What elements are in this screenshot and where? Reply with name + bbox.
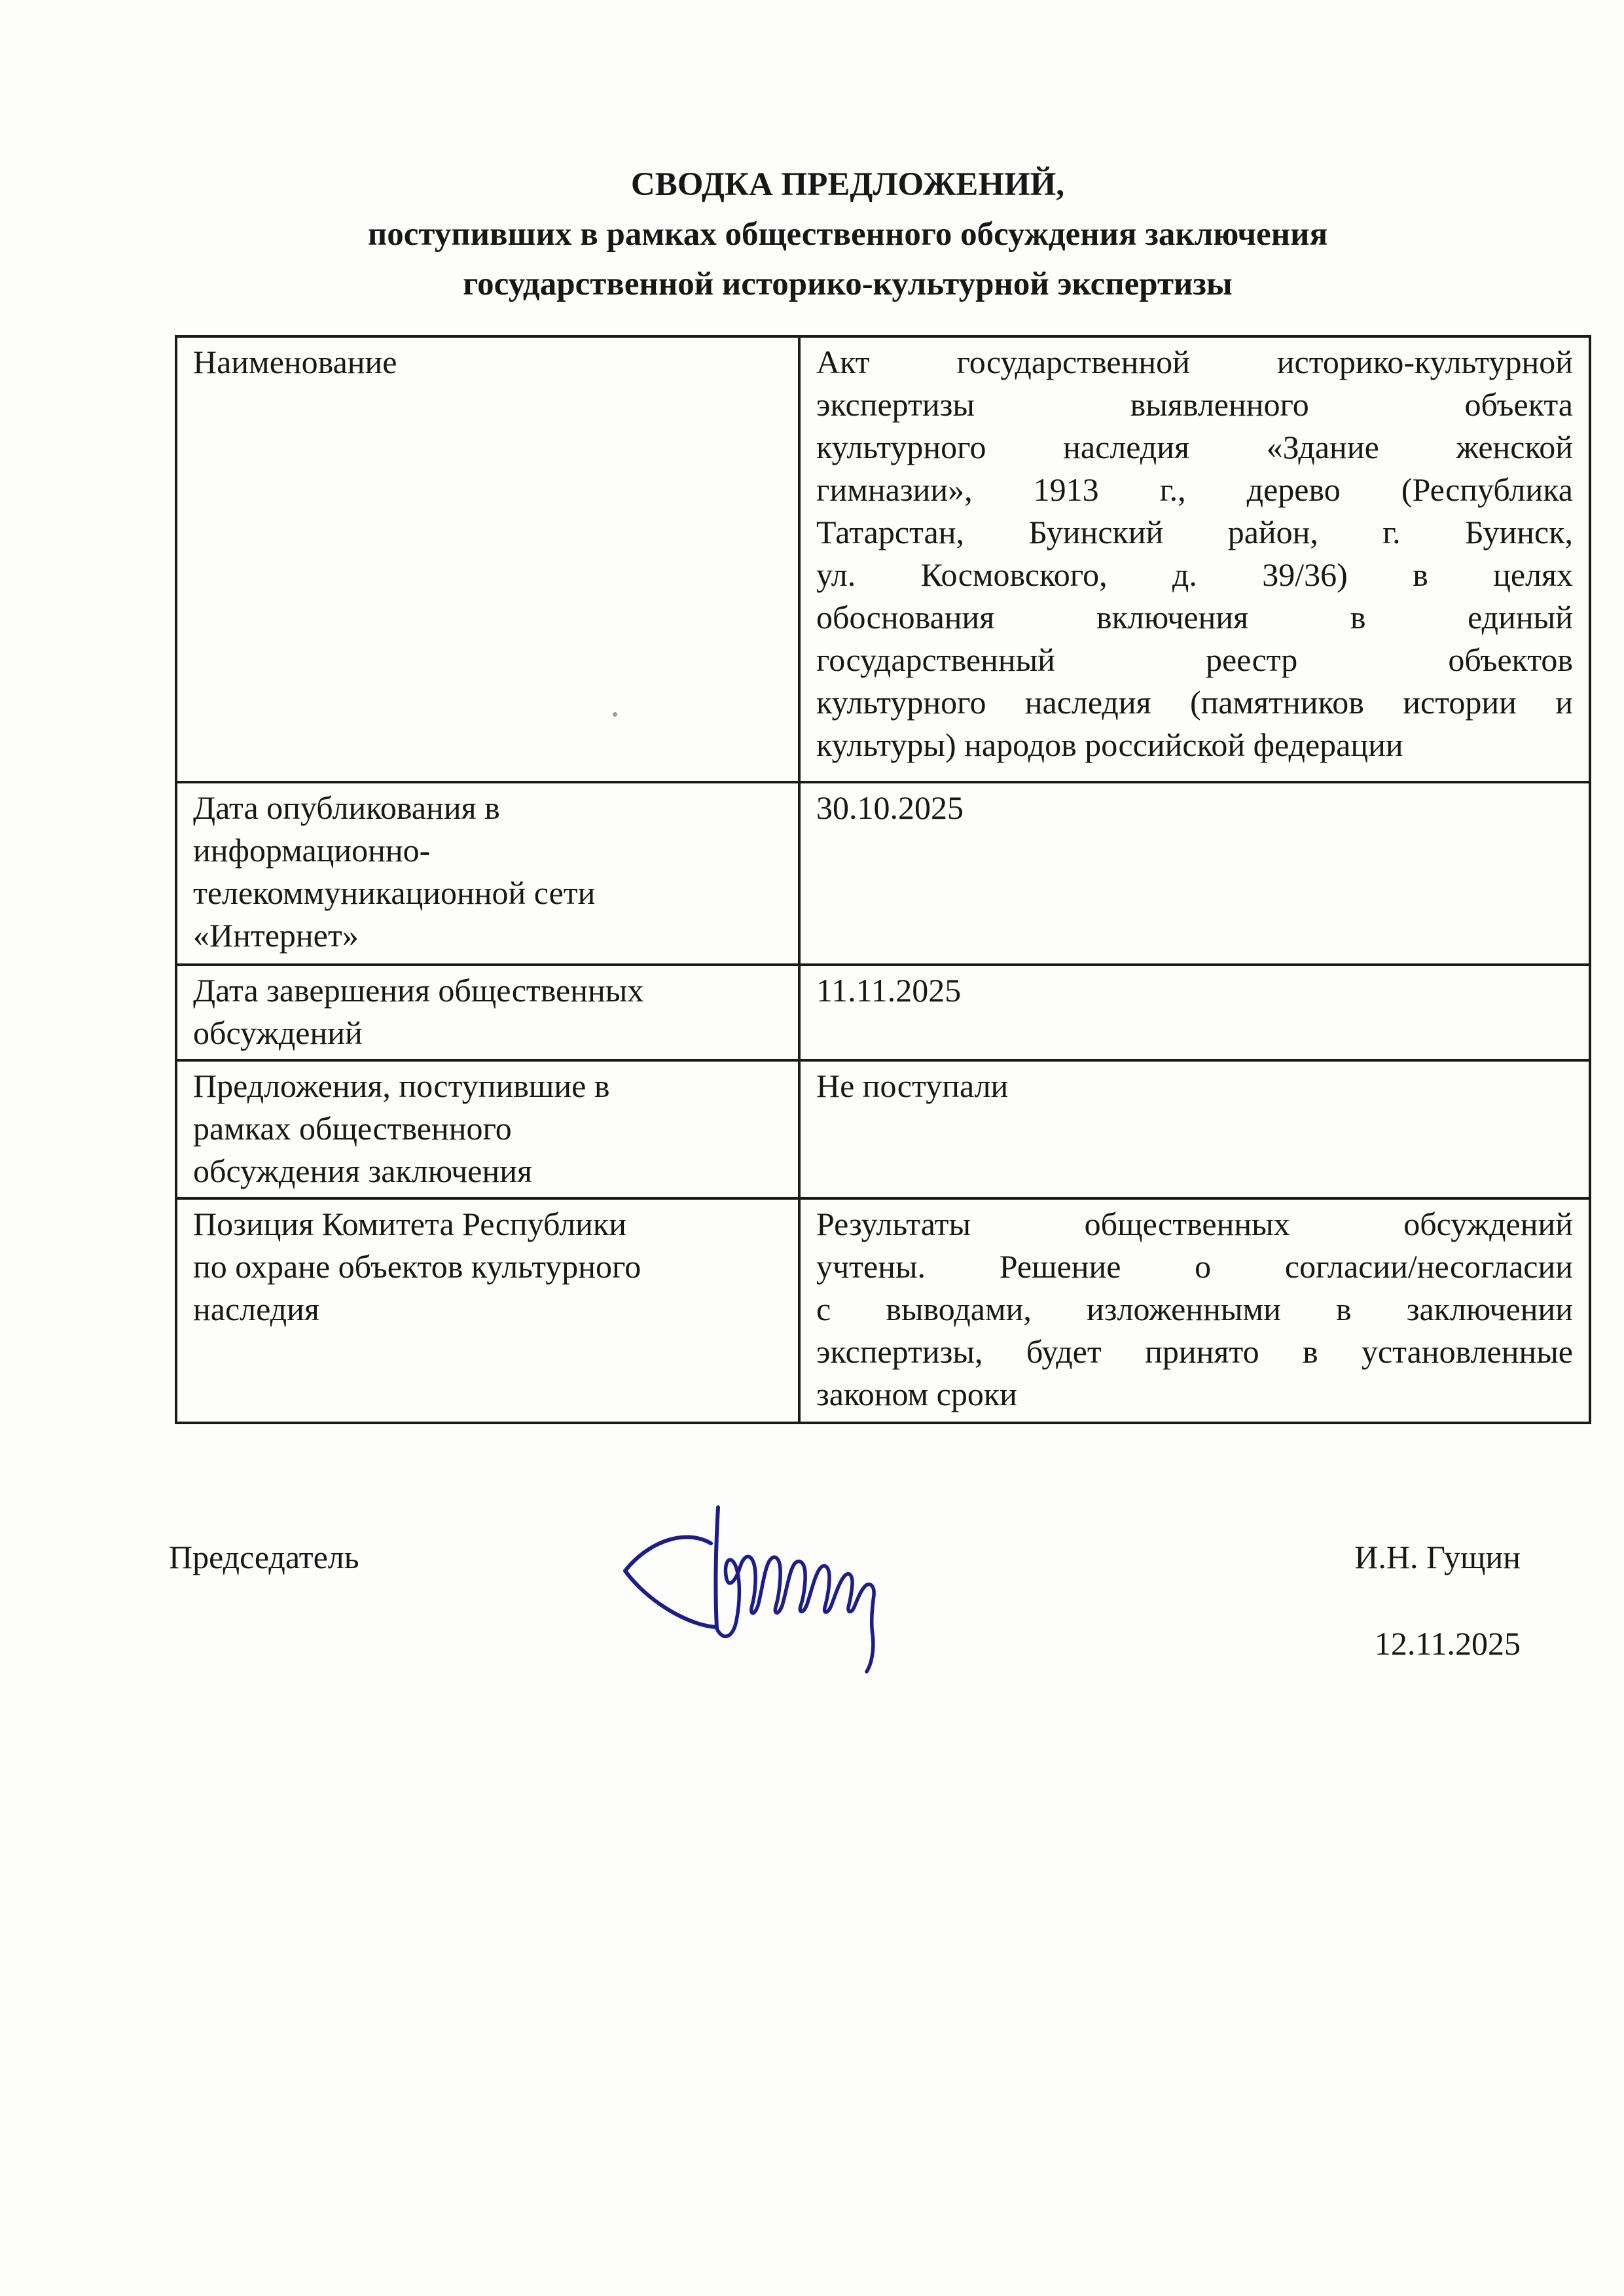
value-line: культурного наследия (памятников истории… <box>816 681 1573 724</box>
title-line-3: государственной историко-культурной эксп… <box>175 259 1521 309</box>
row-label-end-date: Дата завершения общественных обсуждений <box>176 965 799 1060</box>
row-label-publication-date: Дата опубликования в информационно- теле… <box>176 782 799 965</box>
table-row: Позиция Комитета Республики по охране об… <box>176 1198 1590 1423</box>
signature-scrawl <box>717 1556 874 1672</box>
row-value-end-date: 11.11.2025 <box>799 965 1590 1060</box>
row-value-name: Акт государственной историко-культурной … <box>799 336 1590 782</box>
proposals-summary-table: Наименование Акт государственной историк… <box>175 335 1591 1424</box>
value-line: экспертизы, будет принято в установленны… <box>816 1331 1573 1373</box>
table-row: Наименование Акт государственной историк… <box>176 336 1590 782</box>
row-label-proposals: Предложения, поступившие в рамках общест… <box>176 1060 799 1198</box>
value-line: Татарстан, Буинский район, г. Буинск, <box>816 511 1573 554</box>
title-line-2: поступивших в рамках общественного обсуж… <box>175 209 1521 259</box>
value-line: с выводами, изложенными в заключении <box>816 1288 1573 1331</box>
title-line-1: СВОДКА ПРЕДЛОЖЕНИЙ, <box>175 160 1521 209</box>
value-line: культурного наследия «Здание женской <box>816 426 1573 469</box>
row-value-proposals: Не поступали <box>799 1060 1590 1198</box>
value-line: Результаты общественных обсуждений <box>816 1203 1573 1246</box>
table-row: Дата опубликования в информационно- теле… <box>176 782 1590 965</box>
scanned-document-page: СВОДКА ПРЕДЛОЖЕНИЙ, поступивших в рамках… <box>0 0 1624 2296</box>
signer-name: И.Н. Гущин <box>1354 1538 1521 1576</box>
value-line: законом сроки <box>816 1373 1573 1416</box>
value-line: культуры) народов российской федерации <box>816 724 1573 766</box>
signature-vertical-stroke <box>716 1507 718 1628</box>
value-line: Акт государственной историко-культурной <box>816 341 1573 384</box>
row-value-publication-date: 30.10.2025 <box>799 782 1590 965</box>
value-line: экспертизы выявленного объекта <box>816 384 1573 426</box>
value-line: обоснования включения в единый <box>816 596 1573 639</box>
value-line: учтены. Решение о согласии/несогласии <box>816 1246 1573 1288</box>
value-line: гимназии», 1913 г., дерево (Республика <box>816 469 1573 511</box>
signature-date: 12.11.2025 <box>1375 1624 1521 1662</box>
row-label-committee-position: Позиция Комитета Республики по охране об… <box>176 1198 799 1423</box>
value-line: государственный реестр объектов <box>816 639 1573 681</box>
signature-leaf-loop <box>625 1537 717 1627</box>
table-row: Предложения, поступившие в рамках общест… <box>176 1060 1590 1198</box>
table-row: Дата завершения общественных обсуждений … <box>176 965 1590 1060</box>
document-title: СВОДКА ПРЕДЛОЖЕНИЙ, поступивших в рамках… <box>175 160 1521 309</box>
handwritten-signature-icon <box>621 1503 889 1679</box>
row-label-name: Наименование <box>176 336 799 782</box>
value-line: ул. Космовского, д. 39/36) в целях <box>816 554 1573 596</box>
signer-role-label: Председатель <box>169 1538 359 1576</box>
row-value-committee-position: Результаты общественных обсуждений учтен… <box>799 1198 1590 1423</box>
